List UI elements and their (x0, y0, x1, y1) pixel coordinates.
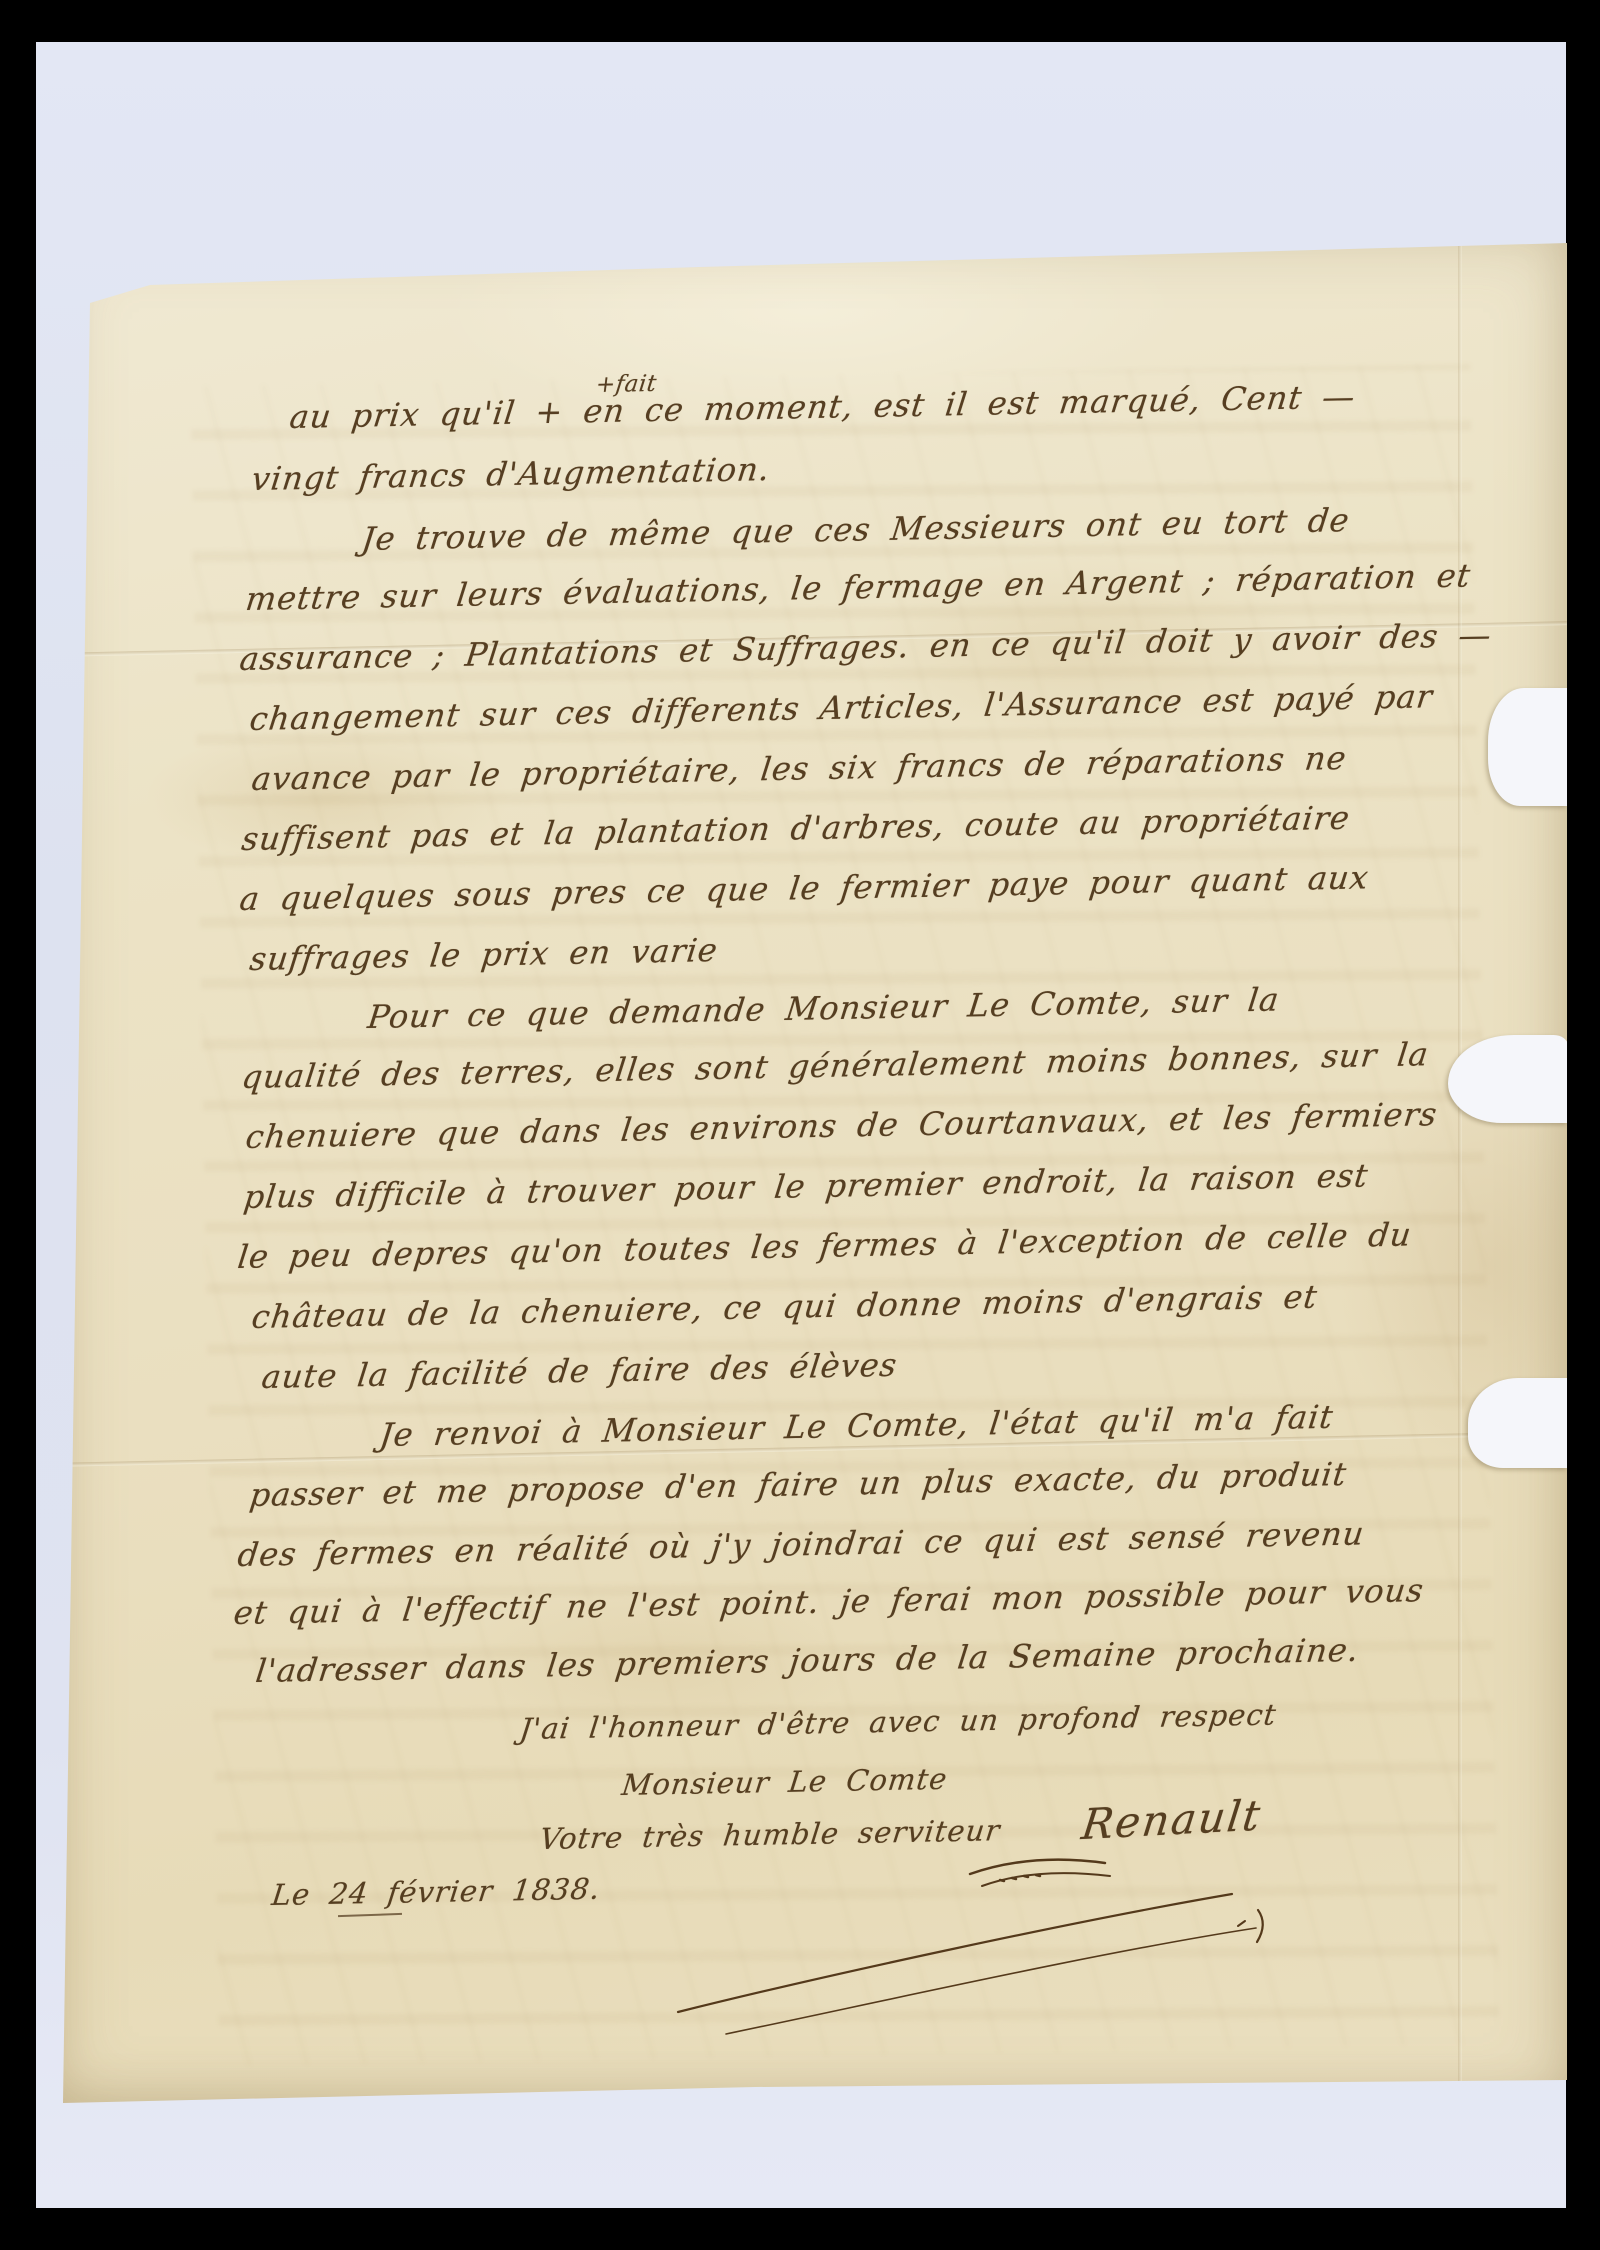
torn-patch (1488, 688, 1568, 806)
signature-flourish (660, 1836, 1300, 2056)
closing-addressee: Monsieur Le Comte (620, 1762, 950, 1802)
torn-patch (1468, 1378, 1568, 1468)
date-line: Le 24 février 1838. (270, 1872, 603, 1912)
fold-crease-vertical (1458, 245, 1462, 2090)
scanned-letter-page: { "document": { "kind": "Scanned handwri… (0, 0, 1600, 2250)
